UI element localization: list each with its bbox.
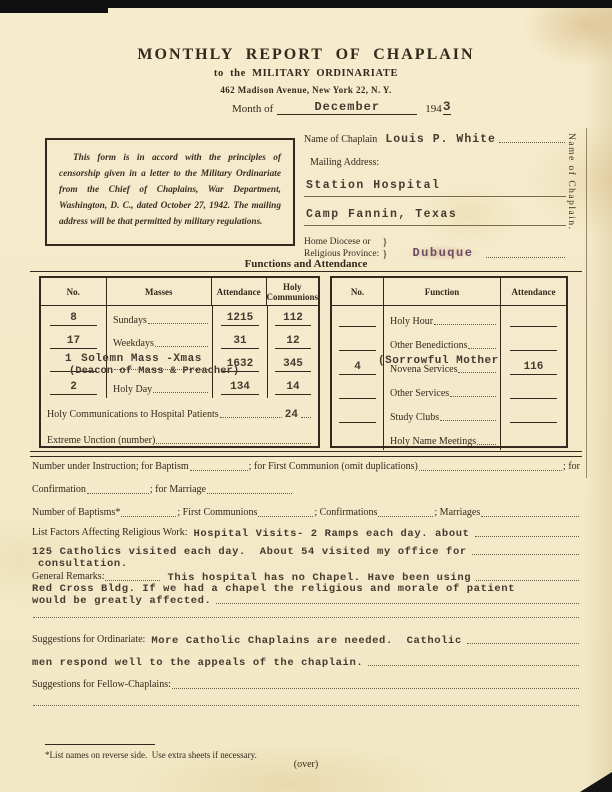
brace-glyphs: } } [382, 236, 387, 260]
sacrament-counts-line: Number of Baptisms* ; First Communions ;… [32, 507, 580, 519]
remarks-typed2: Red Cross Bldg. If we had a chapel the r… [32, 583, 515, 595]
ordinariate-suggestions-line2: men respond well to the appeals of the c… [32, 657, 580, 668]
solemn-label: Solemn Mass -Xmas [81, 354, 202, 365]
instruction-marriage-label: ; for Marriage [150, 484, 206, 496]
instruction-line1: Number under Instruction; for Baptism ; … [32, 461, 580, 473]
year-value: 3 [443, 99, 451, 115]
functions-header-function: Function [384, 278, 501, 305]
solemn-communions: 345 [275, 359, 311, 372]
factors-typed2: 125 Catholics visited each day. About 54… [32, 546, 467, 558]
other-services-label: Other Services [390, 388, 449, 399]
chaplain-info-block: Name of Chaplain Louis P. White Mailing … [304, 133, 566, 260]
ordinariate-typed1: More Catholic Chaplains are needed. Cath… [151, 635, 462, 647]
holyday-no: 2 [50, 382, 97, 395]
hospital-communions-label: Holy Communications to Hospital Patients [47, 409, 219, 420]
holy-name-label: Holy Name Meetings [390, 436, 476, 447]
confirmations-count-label: ; Confirmations [314, 507, 377, 519]
censorship-notice: This form is in accord with the principl… [45, 138, 295, 246]
instruction-line2: Confirmation ; for Marriage [32, 484, 580, 496]
ordinariate-address: 462 Madison Avenue, New York 22, N. Y. [0, 85, 612, 95]
deacon-note: (Deacon of Mass & Preacher) [69, 366, 239, 377]
blank-line [33, 705, 579, 706]
blank-line [207, 493, 292, 494]
functions-row-benedictions: Other Benedictions [332, 330, 566, 354]
holyday-attendance: 134 [221, 382, 260, 395]
instruction-for-label: ; for [563, 461, 580, 473]
side-vertical-label: Name of Chaplain. [566, 133, 576, 231]
home-diocese-field: Home Diocese or Religious Province: } } … [304, 236, 566, 260]
chaplain-name-label: Name of Chaplain [304, 134, 377, 145]
blank-line [105, 580, 160, 581]
blank-line [475, 536, 579, 537]
mailing-address-line1-value: Station Hospital [306, 179, 440, 192]
footnote-rule [45, 744, 155, 745]
hospital-communions-value: 24 [285, 409, 298, 421]
factors-typed1: Hospital Visits- 2 Ramps each day. about [193, 528, 469, 540]
factors-line1: List Factors Affecting Religious Work: H… [32, 527, 580, 539]
masses-header-attendance: Attendance [212, 278, 267, 305]
remarks-typed3: would be greatly affected. [32, 595, 211, 607]
mailing-address-line2-value: Camp Fannin, Texas [306, 208, 457, 221]
scan-edge-corner [580, 772, 612, 792]
dotted-leader [499, 142, 565, 143]
baptisms-count-label: Number of Baptisms* [32, 507, 120, 519]
blank-line [481, 516, 579, 517]
extreme-unction-row: Extreme Unction (number) [47, 424, 312, 450]
report-title: MONTHLY REPORT OF CHAPLAIN [0, 46, 612, 64]
fellow-chaplains-line: Suggestions for Fellow-Chaplains: [32, 679, 580, 691]
novena-no: 4 [339, 362, 376, 375]
sundays-label: Sundays [113, 315, 147, 326]
solemn-mass-typed-entry: 1 Solemn Mass -Xmas [65, 354, 202, 365]
novena-attendance: 116 [510, 362, 557, 375]
remarks-line3: would be greatly affected. [32, 595, 580, 606]
weekdays-no: 17 [50, 336, 97, 349]
study-clubs-label: Study Clubs [390, 412, 439, 423]
functions-row-holy-name: Holy Name Meetings [332, 426, 566, 450]
factors-typed3: consultation. [38, 558, 128, 570]
blank-line [258, 516, 313, 517]
functions-row-holy-hour: Holy Hour [332, 306, 566, 330]
instruction-baptism-label: Number under Instruction; for Baptism [32, 461, 189, 473]
month-value: December [314, 100, 380, 114]
blank-line [368, 665, 579, 666]
blank-line [172, 688, 579, 689]
chaplain-name-field: Name of Chaplain Louis P. White [304, 133, 566, 145]
novena-note: (Sorrowful Mother [378, 356, 499, 367]
sundays-no: 8 [50, 313, 97, 326]
blank-rule-line [32, 617, 580, 620]
year-prefix: 194 [425, 103, 442, 115]
blank-line [121, 516, 176, 517]
ordinariate-suggestions-label: Suggestions for Ordinariate: [32, 634, 145, 646]
weekdays-communions: 12 [275, 336, 311, 349]
blank-line [216, 603, 579, 604]
brace-glyph: } [382, 236, 387, 248]
masses-header-communions: Holy Communions [267, 278, 319, 305]
blank-line [190, 470, 248, 471]
first-communions-count-label: ; First Communions [177, 507, 257, 519]
blank-line [472, 554, 579, 555]
month-input-line: December [277, 100, 417, 115]
blank-line [476, 580, 579, 581]
functions-table-header: No. Function Attendance [332, 278, 566, 306]
solemn-no: 1 [65, 354, 72, 365]
holy-hour-label: Holy Hour [390, 316, 433, 327]
home-diocese-label-line1: Home Diocese or [304, 236, 379, 248]
factors-label: List Factors Affecting Religious Work: [32, 527, 187, 539]
section-title: Functions and Attendance [0, 258, 612, 270]
chaplain-name-value: Louis P. White [385, 133, 496, 146]
masses-table: No. Masses Attendance Holy Communions 8 … [39, 276, 320, 448]
censorship-text: This form is in accord with the principl… [59, 150, 281, 230]
masses-row-holyday: 2 Holy Day 134 14 [41, 375, 318, 398]
blank-line [419, 470, 562, 471]
masses-row-weekdays: 17 Weekdays 31 12 [41, 329, 318, 352]
month-label: Month of [232, 103, 273, 115]
blank-line [378, 516, 433, 517]
scanned-chaplain-report-page: MONTHLY REPORT OF CHAPLAIN to the MILITA… [0, 0, 612, 792]
fellow-chaplains-label: Suggestions for Fellow-Chaplains: [32, 679, 171, 691]
masses-table-header: No. Masses Attendance Holy Communions [41, 278, 318, 306]
remarks-line2: Red Cross Bldg. If we had a chapel the r… [32, 583, 580, 594]
extreme-unction-label: Extreme Unction (number) [47, 435, 155, 446]
functions-header-no: No. [332, 278, 384, 305]
fold-crease [586, 128, 587, 478]
blank-line [87, 493, 149, 494]
sundays-communions: 112 [275, 313, 311, 326]
functions-row-study-clubs: Study Clubs [332, 402, 566, 426]
blank-rule-line2 [32, 705, 580, 708]
table-top-rule [30, 271, 582, 272]
weekdays-label: Weekdays [113, 338, 154, 349]
marriages-count-label: ; Marriages [434, 507, 480, 519]
functions-row-other-services: Other Services [332, 378, 566, 402]
remarks-label: General Remarks: [32, 571, 104, 583]
functions-table: No. Function Attendance Holy Hour Other … [330, 276, 568, 448]
factors-line2: 125 Catholics visited each day. About 54… [32, 546, 580, 557]
report-subtitle: to the MILITARY ORDINARIATE [0, 68, 612, 79]
sundays-attendance: 1215 [221, 313, 260, 326]
over-label: (over) [0, 759, 612, 770]
blank-line [467, 643, 579, 644]
blank-line [33, 617, 579, 618]
chaplain-name-line: Louis P. White [381, 133, 566, 145]
holyday-communions: 14 [275, 382, 311, 395]
weekdays-attendance: 31 [221, 336, 260, 349]
masses-header-masses: Masses [107, 278, 212, 305]
masses-row-sundays: 8 Sundays 1215 112 [41, 306, 318, 329]
home-diocese-labels: Home Diocese or Religious Province: [304, 236, 379, 260]
instruction-first-communion-label: ; for First Communion (omit duplications… [249, 461, 418, 473]
scan-edge-top-left [0, 0, 108, 13]
month-field: Month of December 194 3 [232, 99, 451, 115]
mailing-address-line2: Camp Fannin, Texas [304, 204, 566, 226]
holyday-label: Holy Day [113, 384, 152, 395]
factors-line3: consultation. [32, 558, 580, 569]
mailing-address-line1: Station Hospital [304, 175, 566, 197]
mailing-address-label: Mailing Address: [304, 157, 566, 168]
functions-header-attendance: Attendance [501, 278, 566, 305]
instruction-confirmation-label: Confirmation [32, 484, 86, 496]
table-bottom-rule [30, 451, 582, 457]
benedictions-label: Other Benedictions [390, 340, 467, 351]
remarks-line1: General Remarks: This hospital has no Ch… [32, 571, 580, 583]
hospital-communions-row: Holy Communications to Hospital Patients… [47, 398, 312, 424]
ordinariate-typed2: men respond well to the appeals of the c… [32, 657, 363, 669]
ordinariate-suggestions-line1: Suggestions for Ordinariate: More Cathol… [32, 634, 580, 646]
masses-header-no: No. [41, 278, 107, 305]
